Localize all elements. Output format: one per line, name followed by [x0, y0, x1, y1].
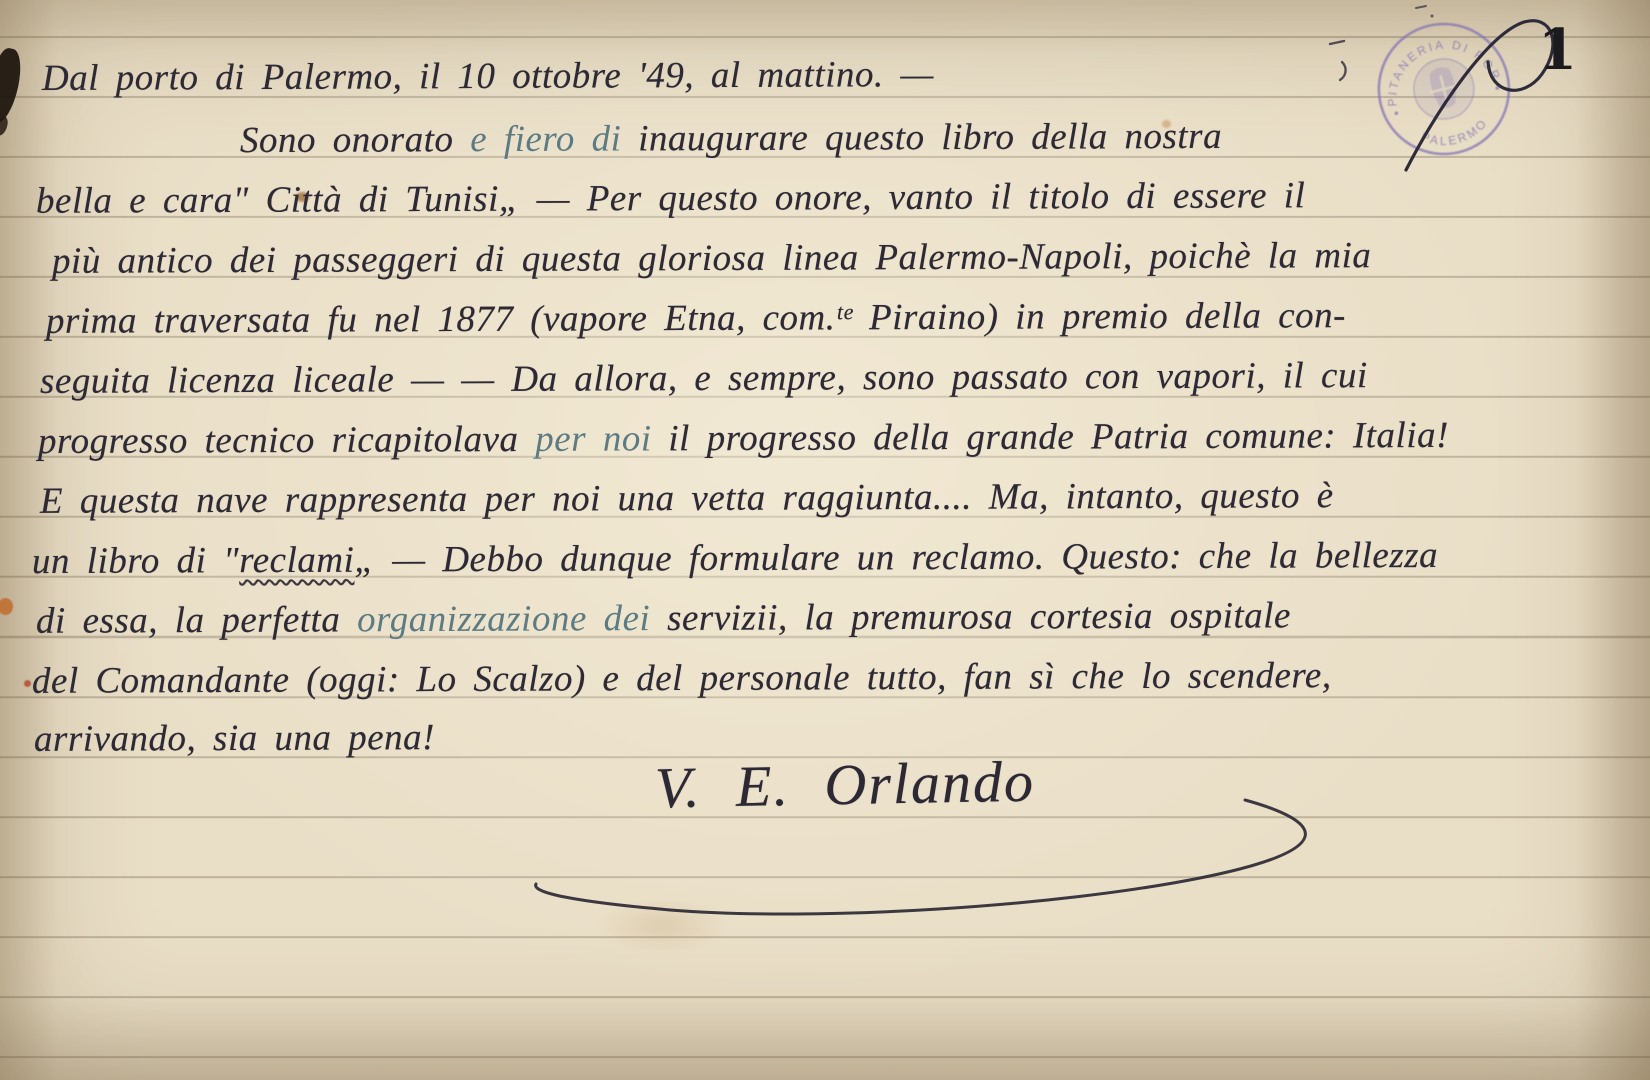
manuscript-line: progresso tecnico ricapitolava per noi i…	[38, 417, 1449, 460]
manuscript-line: seguita licenza liceale — — Da allora, e…	[40, 357, 1368, 400]
manuscript-line: bella e cara" Città di Tunisi„ — Per que…	[36, 177, 1305, 220]
line-text-faded-ink: per noi	[535, 418, 652, 460]
manuscript-line: più antico dei passeggeri di questa glor…	[52, 237, 1372, 280]
line-text: Sono onorato	[240, 119, 470, 161]
manuscript-line: prima traversata fu nel 1877 (vapore Etn…	[46, 297, 1346, 340]
line-text: il progresso della grande Patria comune:…	[651, 415, 1448, 459]
line-text: Dal porto di Palermo, il 10 ottobre '49,…	[42, 54, 934, 99]
manuscript-line-date: Dal porto di Palermo, il 10 ottobre '49,…	[42, 56, 934, 97]
manuscript-line: Sono onorato e fiero di inaugurare quest…	[240, 118, 1222, 159]
manuscript-line: del Comandante (oggi: Lo Scalzo) e del p…	[32, 657, 1332, 700]
ink-stain	[24, 680, 31, 687]
line-text-faded-ink: e fiero di	[470, 118, 621, 160]
line-text: un libro di "	[32, 540, 239, 582]
manuscript-line: un libro di "reclami„ — Debbo dunque for…	[32, 537, 1438, 580]
line-text: arrivando, sia una pena!	[34, 717, 435, 760]
line-text: prima traversata fu nel 1877 (vapore Etn…	[46, 295, 1346, 342]
line-text: del Comandante (oggi: Lo Scalzo) e del p…	[32, 655, 1332, 702]
line-text-faded-ink: organizzazione dei	[357, 598, 667, 640]
manuscript-page: CAPITANERIA DI PORTO PALERMO 1 Dal porto…	[0, 0, 1650, 1080]
line-text: di essa, la perfetta	[36, 599, 357, 641]
line-text: „ — Debbo dunque formulare un reclamo. Q…	[354, 535, 1438, 581]
signature-flourish	[440, 770, 1440, 940]
line-text: inaugurare questo libro della nostra	[621, 116, 1222, 160]
page-edge-mark	[0, 46, 26, 126]
line-text: progresso tecnico ricapitolava	[38, 419, 535, 462]
line-text: seguita licenza liceale — — Da allora, e…	[40, 355, 1368, 402]
ink-flourish	[1320, 0, 1650, 260]
line-text-underlined: reclami	[239, 540, 354, 582]
manuscript-line: di essa, la perfetta organizzazione dei …	[36, 597, 1291, 639]
line-text: servizii, la premurosa cortesia ospitale	[667, 595, 1291, 639]
manuscript-line: arrivando, sia una pena!	[34, 719, 435, 758]
line-text: E questa nave rappresenta per noi una ve…	[40, 475, 1334, 522]
page-number: 1	[1538, 22, 1577, 78]
manuscript-line: E questa nave rappresenta per noi una ve…	[40, 477, 1334, 520]
line-text: più antico dei passeggeri di questa glor…	[52, 235, 1372, 282]
page-edge-mark	[0, 115, 10, 138]
line-text: bella e cara" Città di Tunisi„ — Per que…	[36, 175, 1305, 222]
ink-stain	[0, 598, 13, 615]
